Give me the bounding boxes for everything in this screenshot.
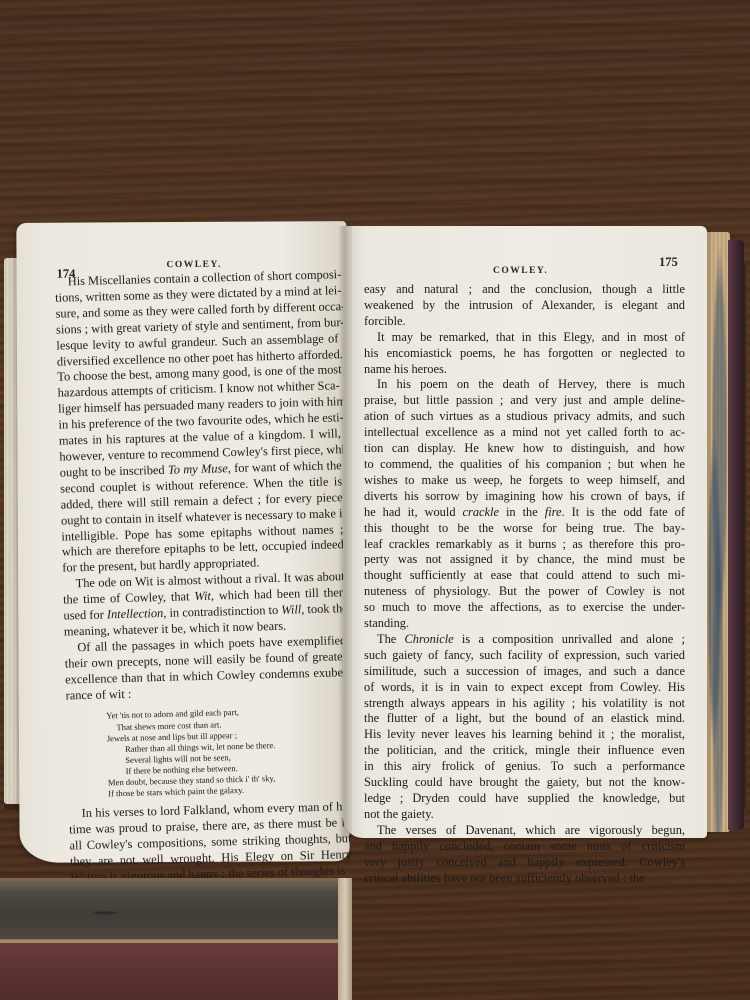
second-book-page-edge (338, 878, 352, 1000)
verse-quotation: Yet 'tis not to adorn and gild each part… (106, 705, 350, 800)
text-line: name his heroes. (364, 362, 685, 378)
second-book (0, 878, 352, 1000)
text-line: Suckling could have brought the gaiety, … (364, 775, 685, 791)
text-line: similitude, such a succession of images,… (364, 664, 685, 680)
text-line: of words, it is in vain to expect except… (364, 680, 685, 696)
text-line: not the gaiety. (364, 807, 685, 823)
text-line: such gaiety of fancy, such facility of e… (364, 648, 685, 664)
text-line: diverts his sorrow by imagining how his … (364, 489, 685, 505)
text-line: he had it, would crackle in the fire. It… (364, 505, 685, 521)
left-page-body: His Miscellanies contain a collection of… (55, 267, 353, 886)
text-line: critical abilities have not been suffici… (364, 871, 685, 887)
second-book-cover (0, 940, 340, 1000)
text-line: the flutter of a light, but the bound of… (364, 711, 685, 727)
paragraph: In his poem on the death of Hervey, ther… (364, 377, 685, 632)
text-line: to commend, the qualities of his compani… (364, 457, 685, 473)
paragraph: The Chronicle is a composition unrivalle… (364, 632, 685, 823)
paragraph: The ode on Wit is almost without a rival… (63, 569, 347, 640)
text-line: The verses of Davenant, which are vigoro… (364, 823, 685, 839)
left-page: 174 COWLEY. His Miscellanies contain a c… (16, 221, 349, 863)
text-line: forcible. (364, 314, 685, 330)
second-book-spine (0, 878, 352, 943)
text-line: His levity never leaves his learning beh… (364, 727, 685, 743)
text-line: and happily concluded, contain some hint… (364, 839, 685, 855)
running-head: COWLEY. (167, 260, 222, 270)
text-line: nuteness of physiology. But the power of… (364, 584, 685, 600)
text-line: perty was not assigned it by chance, the… (364, 552, 685, 568)
text-line: ledge ; Dryden could have supplied the k… (364, 791, 685, 807)
paragraph: It may be remarked, that in this Elegy, … (364, 330, 685, 378)
text-line: ation of such virtues as a studious priv… (364, 409, 685, 425)
text-line: his encomiastick poems, he has forgotten… (364, 346, 685, 362)
text-line: in this airy frolick of genius. To such … (364, 759, 685, 775)
text-line: tion can display. He knew how to disting… (364, 441, 685, 457)
text-line: easy and natural ; and the conclusion, t… (364, 282, 685, 298)
text-line: intellectual excellence as a mind not ye… (364, 425, 685, 441)
text-line: The Chronicle is a composition unrivalle… (364, 632, 685, 648)
text-line: leaf crackles remarkably as it burns ; a… (364, 537, 685, 553)
text-line: It may be remarked, that in this Elegy, … (364, 330, 685, 346)
paragraph: In his verses to lord Falkland, whom eve… (69, 799, 353, 886)
text-line: the politician, and the critick, mingle … (364, 743, 685, 759)
text-line: wishes to make us weep, he forgets to we… (364, 473, 685, 489)
page-number: 175 (659, 255, 678, 270)
right-page: COWLEY. 175 easy and natural ; and the c… (343, 226, 707, 838)
text-line: weakened by the intrusion of Alexander, … (364, 298, 685, 314)
marbled-fore-edge (704, 232, 730, 832)
book-cover-edge (728, 240, 744, 830)
running-head: COWLEY. (493, 266, 548, 276)
paragraph: Of all the passages in which poets have … (64, 633, 348, 704)
text-line: standing. (364, 616, 685, 632)
paragraph: easy and natural ; and the conclusion, t… (364, 282, 685, 330)
paragraph: The verses of Davenant, which are vigoro… (364, 823, 685, 887)
paragraph: His Miscellanies contain a collection of… (55, 267, 345, 576)
right-page-body: easy and natural ; and the conclusion, t… (364, 282, 685, 886)
text-line: thought sufficiently at ease that could … (364, 568, 685, 584)
text-line: very justly conceived and happily expres… (364, 855, 685, 871)
text-line: so much to move the affections, as to ex… (364, 600, 685, 616)
text-line: this thought to be the worse for being t… (364, 521, 685, 537)
text-line: In his poem on the death of Hervey, ther… (364, 377, 685, 393)
text-line: praise, but little passion ; and very ju… (364, 393, 685, 409)
text-line: strength always appears in his agility ;… (364, 696, 685, 712)
